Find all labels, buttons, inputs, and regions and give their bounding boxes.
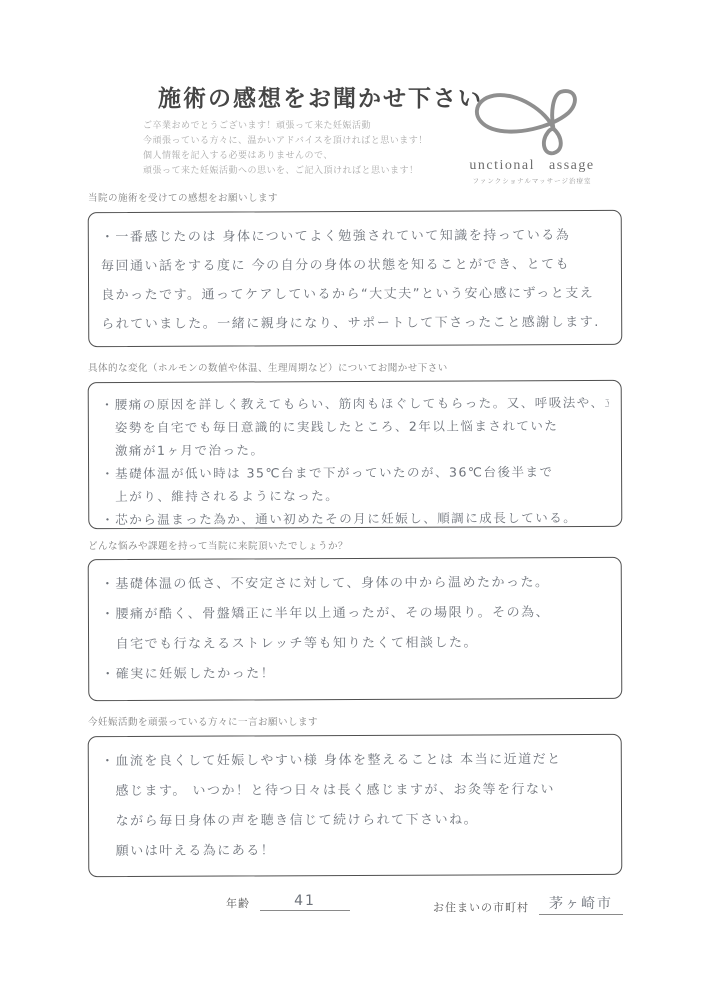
clinic-logo: unctionalassage ファンクショナルマッサージ治療室	[447, 80, 617, 185]
logo-word-right: assage	[549, 158, 595, 173]
handwritten-line: ・腰痛が酷く、骨盤矯正に半年以上通ったが、その場限り。その為、	[101, 598, 609, 630]
intro-line: 頑張って来た妊娠活動への思いを、ご記入頂ければと思います！	[143, 164, 428, 179]
handwritten-line: 願いは叶える為にある！	[101, 835, 609, 867]
handwritten-line: 感じます。 いつか！と待つ日々は長く感じますが、お灸等を行ない	[101, 775, 609, 807]
intro-line: 個人情報を記入する必要はありませんので、	[143, 149, 428, 164]
handwritten-line: 激痛が1ヶ月で治った。	[101, 437, 609, 462]
handwritten-line: ・基礎体温が低い時は 35℃台まで下がっていたのが、36℃台後半まで	[101, 460, 609, 485]
section-label-concerns: どんな悩みや課題を持って当院に来院頂いたでしょうか？	[88, 538, 348, 552]
answer-box-changes: ・腰痛の原因を詳しく教えてもらい、筋肉もほぐしてもらった。又、呼吸法や、立つ 姿…	[88, 380, 623, 529]
handwritten-line: ・基礎体温の低さ、不安定さに対して、身体の中から温めたかった。	[101, 568, 609, 600]
city-value: 茅ヶ崎市	[539, 893, 623, 915]
handwritten-line: ・確実に妊娠したかった！	[101, 658, 609, 690]
answer-box-impressions: ・一番感じたのは 身体についてよく勉強されていて知識を持っている為毎回通い話をす…	[88, 210, 623, 347]
handwritten-line: ながら毎日身体の声を聴き信じて続けられて下さいね。	[101, 805, 609, 837]
section-label-changes: 具体的な変化（ホルモンの数値や体温、生理周期など）についてお聞かせ下さい	[88, 360, 448, 374]
section-label-impressions: 当院の施術を受けての感想をお願いします	[88, 190, 278, 204]
intro-line: 今頑張っている方々に、温かいアドバイスを頂ければと思います！	[143, 134, 428, 149]
scanned-feedback-form: 施術の感想をお聞かせ下さい ご卒業おめでとうございます！頑張って来た妊娠活動今頑…	[0, 0, 707, 1000]
logo-word-left: unctional	[469, 158, 535, 173]
handwritten-line: 自宅でも行なえるストレッチ等も知りたくて相談した。	[101, 628, 609, 660]
handwritten-line: ・芯から温まった為か、通い初めたその月に妊娠し、順調に成長している。	[101, 506, 609, 531]
answer-box-concerns: ・基礎体温の低さ、不安定さに対して、身体の中から温めたかった。・腰痛が酷く、骨盤…	[88, 557, 623, 701]
handwritten-line: 姿勢を自宅でも毎日意識的に実践したところ、2年以上悩まされていた	[101, 414, 609, 439]
handwritten-line: 毎回通い話をする度に 今の自分の身体の状態を知ることができ、とても	[101, 250, 609, 281]
age-field: 年齢41	[226, 893, 350, 911]
city-label: お住まいの市町村	[433, 901, 529, 914]
age-label: 年齢	[226, 897, 250, 910]
handwritten-line: られていました。一緒に親身になり、サポートして下さったこと感謝します.	[101, 308, 609, 339]
section-label-message: 今妊娠活動を頑張っている方々に一言お願いします	[88, 714, 318, 728]
handwritten-line: ・一番感じたのは 身体についてよく勉強されていて知識を持っている為	[101, 221, 609, 252]
answer-box-message: ・血流を良くして妊娠しやすい様 身体を整えることは 本当に近道だと 感じます。 …	[88, 734, 623, 877]
intro-line: ご卒業おめでとうございます！頑張って来た妊娠活動	[143, 119, 428, 134]
page-title: 施術の感想をお聞かせ下さい	[158, 80, 483, 113]
age-value: 41	[260, 893, 350, 911]
city-field: お住まいの市町村茅ヶ崎市	[433, 893, 623, 915]
handwritten-line: ・血流を良くして妊娠しやすい様 身体を整えることは 本当に近道だと	[101, 745, 609, 777]
ribbon-logo-icon	[457, 80, 607, 158]
handwritten-line: 良かったです。通ってケアしているから“大丈夫”という安心感にずっと支え	[101, 279, 609, 310]
logo-wordmark: unctionalassage	[447, 158, 617, 174]
handwritten-line: 上がり、維持されるようになった。	[101, 483, 609, 508]
intro-text: ご卒業おめでとうございます！頑張って来た妊娠活動今頑張っている方々に、温かいアド…	[143, 119, 428, 179]
handwritten-line: ・腰痛の原因を詳しく教えてもらい、筋肉もほぐしてもらった。又、呼吸法や、立つ	[101, 391, 609, 416]
logo-subtitle: ファンクショナルマッサージ治療室	[447, 176, 617, 185]
